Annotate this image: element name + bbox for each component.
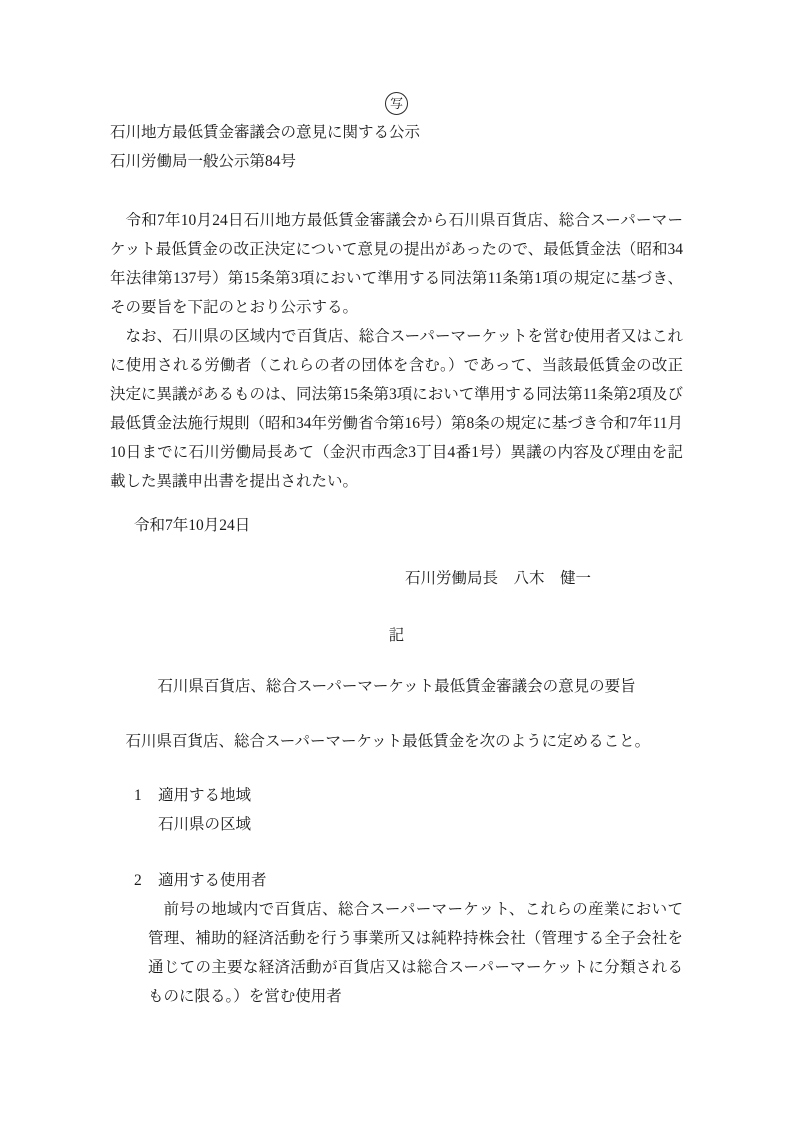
item-2-heading: 2 適用する使用者 bbox=[110, 866, 683, 895]
issue-date: 令和7年10月24日 bbox=[110, 511, 683, 540]
ki-marker: 記 bbox=[110, 621, 683, 650]
item-applicable-employers: 2 適用する使用者 前号の地域内で百貨店、総合スーパーマーケット、これらの産業に… bbox=[110, 866, 683, 1011]
item-2-title: 適用する使用者 bbox=[158, 866, 267, 895]
item-2-body: 前号の地域内で百貨店、総合スーパーマーケット、これらの産業において管理、補助的経… bbox=[148, 895, 683, 1011]
item-1-title: 適用する地域 bbox=[158, 781, 251, 810]
copy-stamp-row: 写 bbox=[110, 88, 683, 118]
item-applicable-region: 1 適用する地域 石川県の区域 bbox=[110, 781, 683, 839]
item-1-number: 1 bbox=[134, 781, 158, 810]
signature-director: 石川労働局長 八木 健一 bbox=[110, 564, 683, 593]
document-content: 写 石川地方最低賃金審議会の意見に関する公示 石川労働局一般公示第84号 令和7… bbox=[110, 88, 683, 1011]
objection-paragraph: なお、石川県の区域内で百貨店、総合スーパーマーケットを営む使用者又はこれに使用さ… bbox=[110, 322, 683, 496]
summary-heading: 石川県百貨店、総合スーパーマーケット最低賃金審議会の意見の要旨 bbox=[110, 672, 683, 701]
item-1-body: 石川県の区域 bbox=[110, 810, 683, 839]
item-1-heading: 1 適用する地域 bbox=[110, 781, 683, 810]
summary-intro: 石川県百貨店、総合スーパーマーケット最低賃金を次のように定めること。 bbox=[110, 727, 683, 756]
notice-title: 石川地方最低賃金審議会の意見に関する公示 bbox=[110, 118, 683, 147]
item-2-number: 2 bbox=[134, 866, 158, 895]
notice-document-page: 写 石川地方最低賃金審議会の意見に関する公示 石川労働局一般公示第84号 令和7… bbox=[0, 0, 793, 1122]
opening-paragraph: 令和7年10月24日石川地方最低賃金審議会から石川県百貨店、総合スーパーマーケッ… bbox=[110, 206, 683, 322]
notice-number: 石川労働局一般公示第84号 bbox=[110, 147, 683, 176]
copy-stamp-icon: 写 bbox=[385, 92, 408, 115]
